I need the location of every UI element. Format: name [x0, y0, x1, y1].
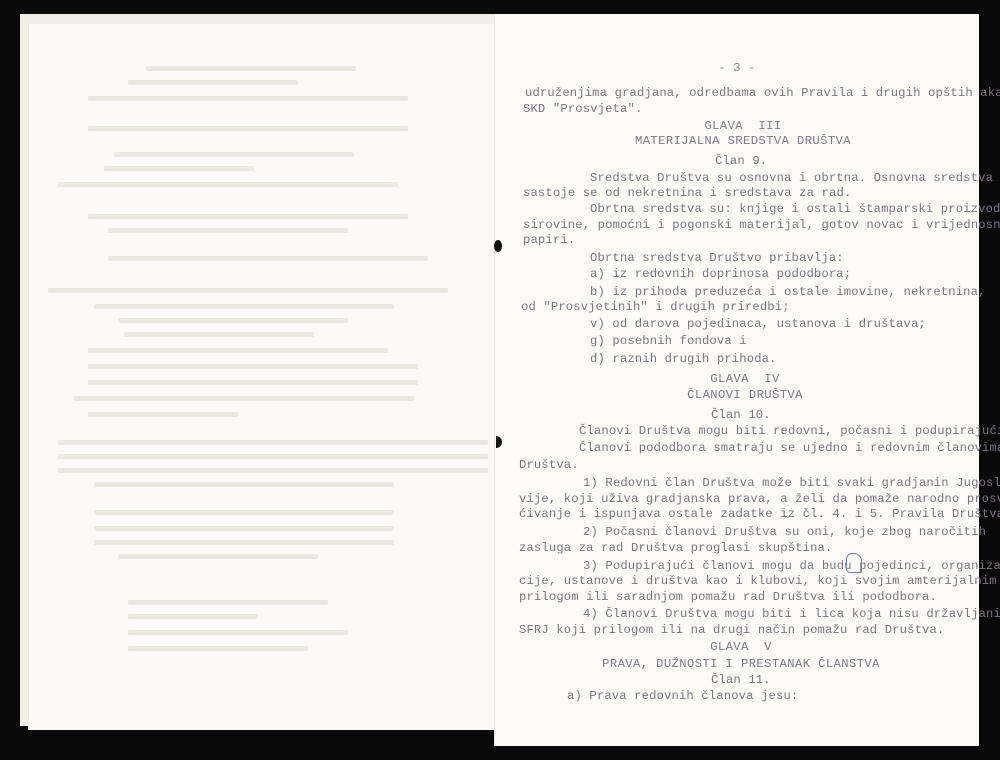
- text-line: cije, ustanove i društva kao i klubovi, …: [519, 574, 997, 588]
- text-line: papiri.: [523, 233, 575, 247]
- bleed-through-text: [104, 166, 254, 171]
- scanned-document: - 3 - udruženjima gradjana, odredbama ov…: [0, 0, 1000, 760]
- list-item: b) iz prihoda preduzeća i ostale imovine…: [590, 285, 986, 299]
- bleed-through-text: [118, 318, 348, 323]
- bleed-through-text: [108, 228, 348, 233]
- list-item: v) od darova pojedinaca, ustanova i druš…: [590, 317, 926, 331]
- text-line: vije, koji uživa gradjanska prava, a žel…: [519, 492, 1000, 506]
- text-line: Članovi Društva mogu biti redovni, počas…: [579, 424, 1000, 438]
- text-line: ćivanje i ispunjava ostale zadatke iz čl…: [519, 507, 1000, 521]
- bleed-through-text: [128, 600, 328, 605]
- chapter-title: GLAVA IV: [503, 372, 987, 386]
- text-line: 3) Podupirajući članovi mogu da budu poj…: [583, 559, 1000, 573]
- bleed-through-text: [124, 332, 314, 337]
- list-item: a) iz redovnih doprinosa pododbora;: [590, 267, 851, 281]
- text-line: od "Prosvjetinih" i drugih priredbi;: [521, 300, 790, 314]
- page-text: - 3 - udruženjima gradjana, odredbama ov…: [495, 14, 979, 588]
- text-line: Sredstva Društva su osnovna i obrtna. Os…: [590, 171, 993, 185]
- chapter-subtitle: PRAVA, DUŽNOSTI I PRESTANAK ČLANSTVA: [499, 657, 983, 671]
- bleed-through-text: [88, 348, 388, 353]
- text-line: Obrtna sredstva su: knjige i ostali štam…: [590, 202, 1000, 216]
- bleed-through-text: [94, 540, 394, 545]
- text-line: SKD "Prosvjeta".: [523, 102, 642, 116]
- text-line: sirovine, pomoćni i pogonski materijal, …: [523, 218, 1000, 232]
- bleed-through-text: [58, 182, 398, 187]
- bleed-through-text: [88, 214, 408, 219]
- chapter-subtitle: ČLANOVI DRUŠTVA: [503, 388, 987, 402]
- bleed-through-text: [146, 66, 356, 71]
- chapter-subtitle: MATERIJALNA SREDSTVA DRUŠTVA: [501, 134, 985, 148]
- bleed-through-text: [128, 630, 348, 635]
- text-line: Društva.: [519, 458, 579, 472]
- bleed-through-text: [88, 364, 418, 369]
- bleed-through-text: [48, 288, 448, 293]
- bleed-through-text: [58, 440, 488, 445]
- bleed-through-text: [88, 412, 238, 417]
- text-line: udruženjima gradjana, odredbama ovih Pra…: [525, 86, 1000, 100]
- text-line: 4) Članovi Društva mogu biti i lica koja…: [583, 607, 1000, 621]
- bleed-through-text: [88, 380, 418, 385]
- article-heading: Član 10.: [711, 408, 771, 422]
- text-line: sastoje se od nekretnina i sredstava za …: [523, 186, 851, 200]
- bleed-through-text: [58, 454, 488, 459]
- bleed-through-text: [94, 304, 394, 309]
- punch-hole-icon: [494, 240, 502, 252]
- bleed-through-text: [94, 510, 394, 515]
- chapter-title: GLAVA III: [501, 119, 985, 133]
- left-page: [28, 24, 496, 730]
- bleed-through-text: [128, 646, 308, 651]
- text-line: a) Prava redovnih članova jesu:: [567, 689, 798, 703]
- chapter-title: GLAVA V: [499, 640, 983, 654]
- list-item: g) posebnih fondova i: [590, 334, 747, 348]
- bleed-through-text: [58, 468, 488, 473]
- text-line: 2) Počasni članovi Društva su oni, koje …: [583, 525, 986, 539]
- text-line: 1) Redovni član Društva može biti svaki …: [583, 476, 1000, 490]
- bleed-through-text: [128, 80, 298, 85]
- article-heading: Član 11.: [711, 673, 771, 687]
- bleed-through-text: [128, 614, 258, 619]
- bleed-through-text: [88, 96, 408, 101]
- bleed-through-text: [114, 152, 354, 157]
- bleed-through-text: [88, 126, 408, 131]
- text-line: Obrtna sredstva Društvo pribavlja:: [590, 251, 844, 265]
- page-number: - 3 -: [495, 61, 979, 75]
- text-line: SFRJ koji prilogom ili na drugi način po…: [519, 623, 944, 637]
- text-line: Članovi pododbora smatraju se ujedno i r…: [579, 441, 1000, 455]
- bleed-through-text: [118, 554, 318, 559]
- bleed-through-text: [94, 482, 394, 487]
- bleed-through-text: [108, 256, 428, 261]
- article-heading: Član 9.: [715, 154, 767, 168]
- bleed-through-text: [94, 526, 394, 531]
- pencil-annotation-icon: [846, 553, 862, 573]
- right-page: - 3 - udruženjima gradjana, odredbama ov…: [494, 14, 979, 746]
- list-item: d) raznih drugih prihoda.: [590, 352, 777, 366]
- text-line: prilogom ili saradnjom pomažu rad Društv…: [519, 590, 937, 604]
- text-line: zasluga za rad Društva proglasi skupštin…: [519, 541, 832, 555]
- bleed-through-text: [74, 396, 414, 401]
